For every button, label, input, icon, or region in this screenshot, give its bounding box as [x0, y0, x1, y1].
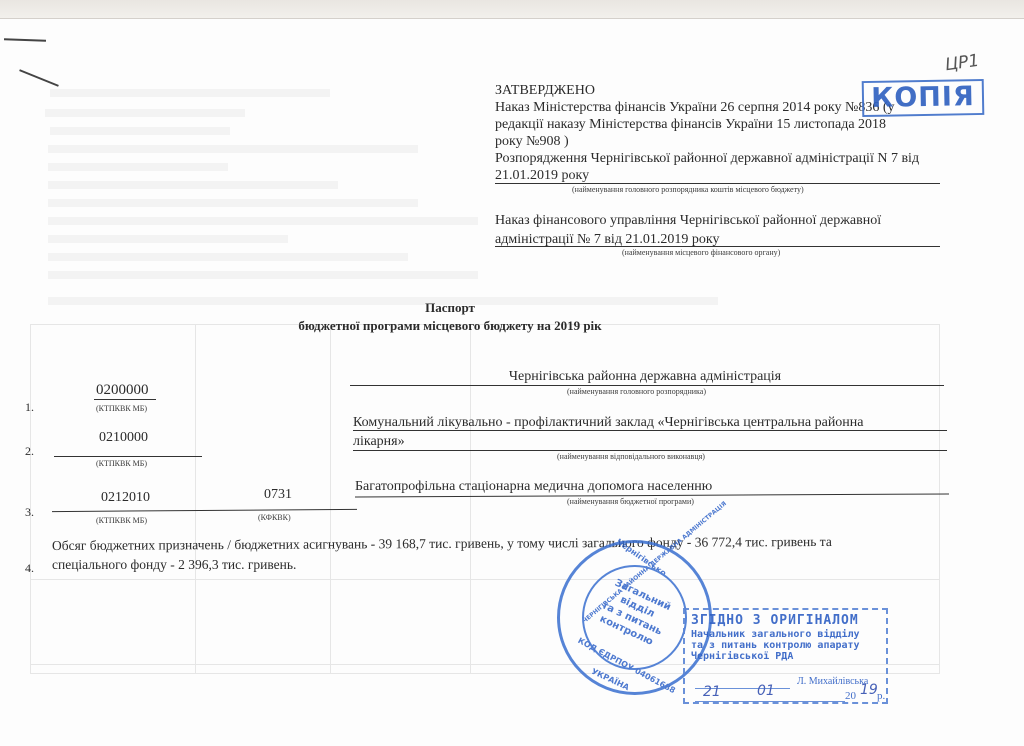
seal-bottom: УКРАЇНА: [590, 667, 631, 692]
approval-heading: ЗАТВЕРДЖЕНО: [495, 82, 595, 99]
certified-copy-stamp: ЗГІДНО З ОРИГІНАЛОМ Начальник загального…: [683, 608, 888, 704]
approval-line: року №908 ): [495, 133, 569, 150]
date-year-suffix: 19: [860, 682, 878, 698]
item-code: 0210000: [99, 429, 148, 446]
scan-top-edge: [0, 0, 1024, 19]
bleed-through-text: [48, 181, 338, 189]
item-code-underline: [94, 399, 156, 400]
item-name: Багатопрофільна стаціонарна медична допо…: [355, 478, 712, 495]
budget-volume-text: спеціального фонду - 2 396,3 тис. гривен…: [52, 556, 296, 573]
approval-line: Наказ Міністерства фінансів України 26 с…: [495, 99, 895, 116]
date-year-end: р.: [877, 690, 885, 702]
item-number: 3.: [25, 504, 34, 521]
bleed-through-text: [48, 235, 288, 243]
finance-order-underline: [495, 246, 940, 247]
bleed-through-table-line: [195, 324, 196, 674]
date-day: 21: [703, 684, 721, 700]
item-name-caption: (найменування головного розпорядника): [567, 387, 706, 396]
bleed-through-text: [50, 89, 330, 97]
date-line: [695, 701, 845, 702]
date-month: 01: [757, 683, 775, 699]
pen-mark: [4, 38, 46, 41]
item-code-caption: (КТПКВК МБ): [96, 404, 147, 413]
approval-underline: [495, 183, 940, 184]
caption-main-manager: (найменування головного розпорядника кош…: [572, 185, 804, 194]
item-code-caption: (КТПКВК МБ): [96, 459, 147, 468]
item-name-underline: [350, 385, 944, 386]
doc-subtitle: бюджетної програми місцевого бюджету на …: [0, 317, 900, 334]
item-number: 2.: [25, 443, 34, 460]
copy-stamp: КОПІЯ: [862, 79, 985, 117]
caption-finance-body: (найменування місцевого фінансового орга…: [622, 248, 780, 257]
bleed-through-text: [45, 109, 245, 117]
item-name-underline: [353, 450, 947, 451]
item-code-caption: (КТПКВК МБ): [96, 516, 147, 525]
item-fcode: 0731: [264, 486, 292, 503]
item-name-underline: [353, 430, 947, 431]
certified-line: Чернігівської РДА: [691, 651, 880, 662]
finance-order-line: Наказ фінансового управління Чернігівськ…: [495, 212, 881, 229]
bleed-through-text: [50, 127, 230, 135]
item-name-caption: (найменування відповідального виконавця): [557, 452, 705, 461]
item-name: Комунальний лікувально - профілактичний …: [353, 414, 864, 431]
certified-heading: ЗГІДНО З ОРИГІНАЛОМ: [691, 613, 880, 629]
pen-mark: [19, 69, 59, 87]
item-name: лікарня»: [353, 433, 405, 450]
bleed-through-table-line: [330, 324, 331, 674]
item-code: 0200000: [96, 382, 149, 399]
approval-line: Розпорядження Чернігівської районної дер…: [495, 150, 919, 167]
bleed-through-text: [48, 163, 228, 171]
approval-line: 21.01.2019 року: [495, 167, 589, 184]
date-year-prefix: 20: [845, 690, 856, 702]
bleed-through-text: [48, 217, 478, 225]
bleed-through-text: [48, 253, 408, 261]
bleed-through-table-line: [30, 579, 940, 580]
bleed-through-text: [48, 145, 418, 153]
item-name-caption: (найменування бюджетної програми): [567, 497, 694, 506]
item-number: 1.: [25, 399, 34, 416]
certified-line: Начальник загального відділу: [691, 629, 880, 640]
bleed-through-text: [48, 271, 478, 279]
item-code: 0212010: [101, 489, 150, 506]
doc-title: Паспорт: [0, 299, 900, 316]
bleed-through-text: [48, 199, 418, 207]
handwritten-mark: ЦР1: [944, 51, 981, 76]
item-code-underline: [54, 456, 202, 457]
item-number: 4.: [25, 560, 34, 577]
document-page: ЗАТВЕРДЖЕНО Наказ Міністерства фінансів …: [0, 19, 1024, 746]
item-fcode-caption: (КФКВК): [258, 513, 291, 522]
item-name: Чернігівська районна державна адміністра…: [350, 368, 940, 385]
signatory-name: Л. Михайлівська: [797, 676, 868, 687]
certified-line: та з питань контролю апарату: [691, 640, 880, 651]
approval-line: редакції наказу Міністерства фінансів Ук…: [495, 116, 886, 133]
